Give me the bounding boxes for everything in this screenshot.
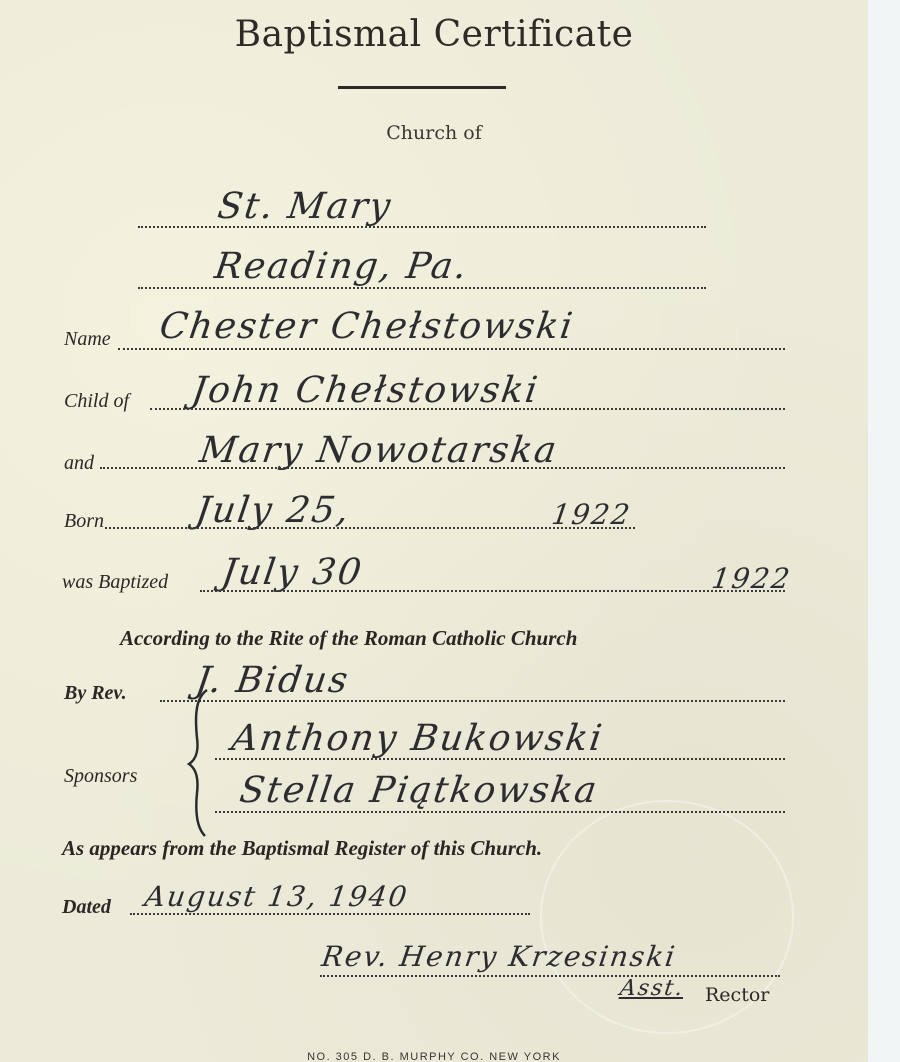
rector-title: Rector xyxy=(705,984,769,1006)
mother-value: Mary Nowotarska xyxy=(197,430,561,471)
father-value: John Chełstowski xyxy=(189,370,542,411)
by-rev-label: By Rev. xyxy=(64,682,127,705)
certificate-title: Baptismal Certificate xyxy=(0,14,868,55)
born-line xyxy=(105,527,635,529)
by-rev-line xyxy=(160,700,785,702)
dated-line xyxy=(130,913,530,915)
church-location: Reading, Pa. xyxy=(212,246,471,287)
rite-statement: According to the Rite of the Roman Catho… xyxy=(120,626,577,651)
name-label: Name xyxy=(64,328,111,351)
sponsor-1-value: Anthony Bukowski xyxy=(229,718,606,759)
rector-signature: Rev. Henry Krzesinski xyxy=(320,940,679,973)
sponsors-label: Sponsors xyxy=(64,765,137,788)
child-of-label: Child of xyxy=(64,390,129,413)
register-statement: As appears from the Baptismal Register o… xyxy=(62,836,542,861)
scan-background xyxy=(868,0,900,1062)
baptized-label: was Baptized xyxy=(62,571,168,594)
dated-label: Dated xyxy=(62,896,111,919)
title-divider xyxy=(338,86,506,89)
and-line xyxy=(100,467,785,469)
baptized-date-value: July 30 xyxy=(219,552,365,593)
sponsors-brace-icon xyxy=(185,688,215,838)
sponsor-2-value: Stella Piątkowska xyxy=(237,770,601,811)
church-of-label: Church of xyxy=(0,122,868,144)
sponsor-2-line xyxy=(215,811,785,813)
church-location-line xyxy=(138,287,706,289)
officiant-value: J. Bidus xyxy=(193,660,352,701)
and-label: and xyxy=(64,452,94,475)
signature-line xyxy=(320,975,780,977)
name-value: Chester Chełstowski xyxy=(157,306,577,347)
church-name-line xyxy=(138,226,706,228)
born-date-value: July 25, xyxy=(193,490,353,531)
dated-value: August 13, 1940 xyxy=(143,880,411,913)
child-of-line xyxy=(150,408,785,410)
name-line xyxy=(118,348,785,350)
printer-footer: NO. 305 D. B. MURPHY CO. NEW YORK xyxy=(0,1051,868,1062)
certificate-paper: Baptismal Certificate Church of St. Mary… xyxy=(0,0,868,1062)
sponsor-1-line xyxy=(215,758,785,760)
born-label: Born xyxy=(64,510,104,533)
church-name: St. Mary xyxy=(215,186,395,227)
assistant-handwritten: Asst. xyxy=(618,976,686,1001)
baptized-line xyxy=(200,590,785,592)
